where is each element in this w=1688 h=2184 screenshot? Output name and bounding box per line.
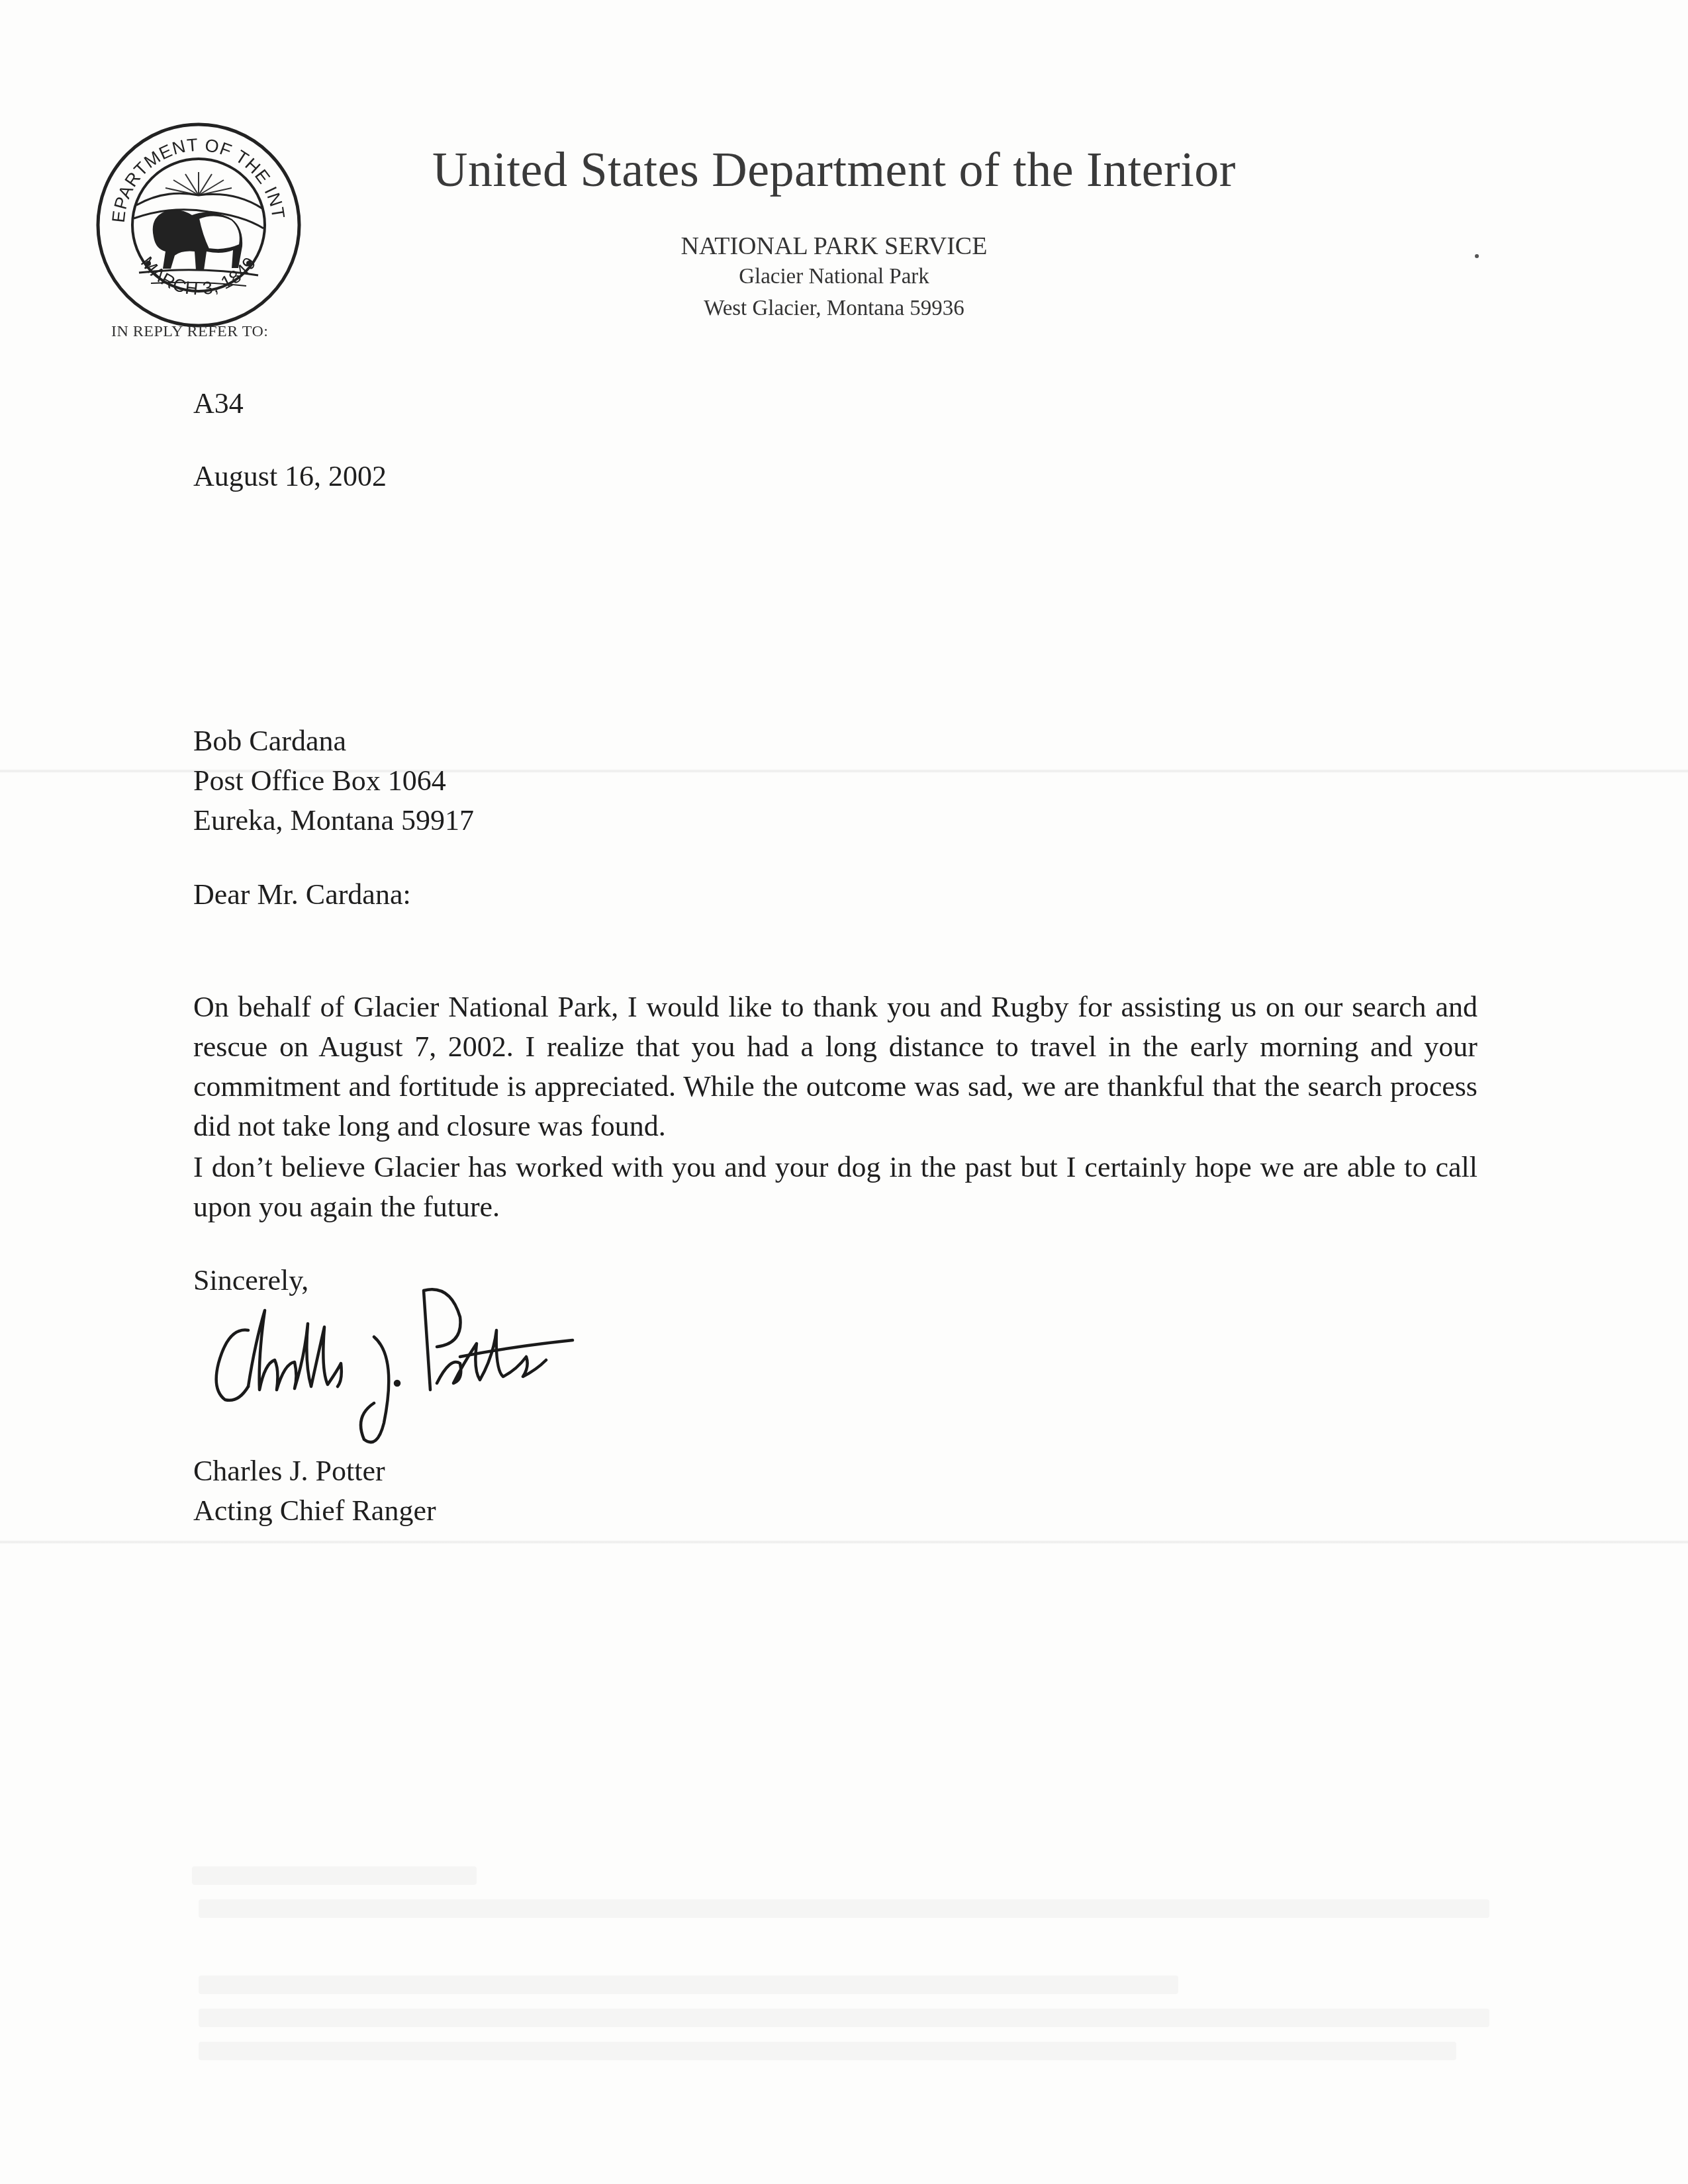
recipient-address: Bob Cardana Post Office Box 1064 Eureka,… xyxy=(193,721,474,841)
reply-refer-label: IN REPLY REFER TO: xyxy=(111,323,269,341)
body-paragraph: I don’t believe Glacier has worked with … xyxy=(193,1148,1477,1227)
letterhead-agency: NATIONAL PARK SERVICE xyxy=(397,232,1271,261)
recipient-address-line2: Eureka, Montana 59917 xyxy=(193,801,474,841)
reference-code: A34 xyxy=(193,384,244,424)
svg-text:U.S. DEPARTMENT OF THE INTERIO: U.S. DEPARTMENT OF THE INTERIOR xyxy=(93,119,289,224)
bleed-through-artifact xyxy=(199,2042,1456,2060)
recipient-address-line1: Post Office Box 1064 xyxy=(193,761,474,801)
letter-date: August 16, 2002 xyxy=(193,457,387,496)
letterhead-title: United States Department of the Interior xyxy=(397,142,1271,199)
signer-title: Acting Chief Ranger xyxy=(193,1491,436,1531)
bleed-through-artifact xyxy=(199,1899,1489,1918)
bleed-through-artifact xyxy=(192,1866,477,1885)
body-paragraph: On behalf of Glacier National Park, I wo… xyxy=(193,987,1477,1146)
letterhead-city: West Glacier, Montana 59936 xyxy=(397,296,1271,321)
letter-page: U.S. DEPARTMENT OF THE INTERIOR MARCH 3,… xyxy=(0,0,1688,2184)
paper-fold-line xyxy=(0,1540,1688,1544)
salutation: Dear Mr. Cardana: xyxy=(193,875,411,915)
bison-seal-icon: U.S. DEPARTMENT OF THE INTERIOR MARCH 3,… xyxy=(93,119,305,331)
recipient-name: Bob Cardana xyxy=(193,721,474,761)
signer-name: Charles J. Potter xyxy=(193,1451,385,1491)
seal-top-text: U.S. DEPARTMENT OF THE INTERIOR xyxy=(93,119,289,224)
letterhead-park: Glacier National Park xyxy=(397,265,1271,289)
scan-speck xyxy=(1475,254,1479,258)
bleed-through-artifact xyxy=(199,1976,1178,1994)
bleed-through-artifact xyxy=(199,2009,1489,2027)
handwritten-signature-icon xyxy=(199,1264,649,1456)
